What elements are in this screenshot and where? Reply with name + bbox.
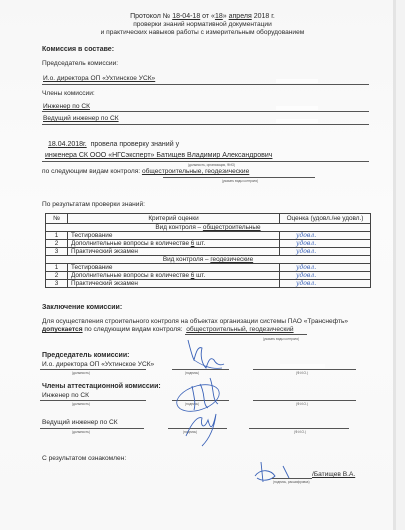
column-header-criterion: Критерий оценки [68,214,280,224]
sig-member-2-name-line [249,428,349,429]
control-types-underline [163,177,315,178]
row-number: 3 [46,280,68,288]
results-intro: По результатам проверки знаний: [42,201,145,209]
table-row: 1 Тестирование удовл. [46,232,371,240]
protocol-subtitle-1: проверки знаний нормативной документации [0,21,405,29]
chair-underline [42,84,369,85]
section-label: Вид контроля – геодезические [46,256,371,264]
check-date: 18.04.2018г. [48,141,87,148]
member-2-position: Ведущий инженер по СК [43,115,119,123]
row-number: 3 [46,248,68,256]
day-close-quote: » [223,13,227,20]
protocol-year: 2018 г. [254,13,275,20]
control-types-label: по следующим видам контроля: [42,168,140,175]
redacted-name [276,106,318,110]
sig-chair-position: И.о. директора ОП «Ухтинское УСК» [42,361,154,369]
examinee: инженера СК ООО «НГСэксперт» Батищев Вла… [45,152,272,160]
table-row: 3 Практический экзамен удовл. [46,248,371,256]
sig-member-2-position-line [40,428,144,429]
member-1-underline [42,111,369,112]
table-row: 2 Дополнительные вопросы в количестве 6 … [46,272,371,280]
redacted-name [276,119,318,123]
position-hint: (должность) [72,402,90,406]
row-criterion: Дополнительные вопросы в количестве 6 шт… [68,240,280,248]
page-edge-shadow [393,0,396,530]
section-row-geodetic: Вид контроля – геодезические [46,256,371,264]
from-label: от « [202,13,215,20]
name-hint: (Ф.И.О.) [294,430,306,434]
row-number: 1 [46,264,68,272]
row-criterion: Дополнительные вопросы в количестве 6 шт… [68,272,280,280]
criterion-prefix: Дополнительные вопросы в количестве [71,272,191,279]
chair-signature-icon [180,338,230,378]
check-text: провела проверку знаний у [91,141,180,148]
protocol-number: 18-04-18 [172,13,200,20]
results-table: № Критерий оценки Оценка (удовл./не удов… [45,213,371,288]
examinee-hint: (должность, организация, ФИО) [188,163,235,167]
conclusion-title: Заключение комиссии: [42,304,122,312]
row-number: 1 [46,232,68,240]
row-grade: удовл. [280,272,371,280]
protocol-day: 18 [215,13,223,20]
acknowledgement-signature-line [272,478,312,479]
chair-label: Председатель комиссии: [42,60,118,68]
row-grade: удовл. [280,240,371,248]
members-label: Члены комиссии: [42,90,95,98]
table-row: 1 Тестирование удовл. [46,264,371,272]
row-grade: удовл. [280,264,371,272]
commission-title: Комиссия в составе: [42,46,114,54]
criterion-prefix: Дополнительные вопросы в количестве [71,240,191,247]
acknowledgement-hint: (подпись, расшифровка) [273,480,310,484]
conclusion-hint: (указать виды контроля) [263,337,299,341]
row-criterion: Практический экзамен [68,280,280,288]
check-statement: 18.04.2018г. провела проверку знаний у [48,141,179,149]
protocol-title: Протокол № 18-04-18 от «18» апреля 2018 … [0,13,405,21]
row-criterion: Практический экзамен [68,248,280,256]
sig-chair-name-line [253,369,356,370]
member-2-signature-icon [182,410,222,450]
acknowledgement-name: /Батищев В.А. [312,471,355,479]
sig-members-label: Члены аттестационной комиссии: [42,383,161,391]
control-types-row: по следующим видам контроля: общестроите… [42,168,249,176]
position-hint: (должность) [72,371,90,375]
member-2-underline [42,124,369,125]
conclusion-control-types: общестроительный, геодезический [186,326,293,333]
section-label-type: геодезические [210,256,253,263]
examinee-underline [42,161,369,162]
conclusion-control-label: по следующим видам контроля: [84,326,182,333]
row-grade: удовл. [280,232,371,240]
row-criterion: Тестирование [68,264,280,272]
member-1-position: Инженер по СК [43,103,90,111]
chair-position: И.о. директора ОП «Ухтинское УСК» [43,75,155,83]
section-label-prefix: Вид контроля – [163,256,210,263]
row-number: 2 [46,272,68,280]
name-hint: (Ф.И.О.) [296,371,308,375]
table-row: 2 Дополнительные вопросы в количестве 6 … [46,240,371,248]
column-header-grade: Оценка (удовл./не удовл.) [280,214,371,224]
redacted-name [276,79,318,83]
sig-chair-label: Председатель комиссии: [42,352,130,360]
row-grade: удовл. [280,280,371,288]
column-header-number: № [46,214,68,224]
protocol-label: Протокол № [130,13,170,20]
table-row: 3 Практический экзамен удовл. [46,280,371,288]
section-label-type: общестроительные [203,224,261,231]
section-label-prefix: Вид контроля – [155,224,202,231]
conclusion-text-2: допускается по следующим видам контроля:… [42,326,294,334]
section-label: Вид контроля – общестроительные [46,224,371,232]
criterion-suffix: шт. [194,240,205,247]
name-hint: (Ф.И.О.) [296,402,308,406]
admitted-word: допускается [42,326,83,333]
protocol-subtitle-2: и практических навыков работы с измерите… [0,29,405,37]
control-types-value: общестроительные, геодезические [142,168,249,175]
acknowledgement-label: С результатом ознакомлен: [42,455,126,463]
section-row-general-construction: Вид контроля – общестроительные [46,224,371,232]
document-page: Протокол № 18-04-18 от «18» апреля 2018 … [0,0,396,530]
sig-chair-position-line [40,369,146,370]
sig-member-1-position-line [40,400,146,401]
criterion-suffix: шт. [194,272,205,279]
sig-member-1-name-line [253,400,356,401]
row-criterion: Тестирование [68,232,280,240]
position-hint: (должность) [72,430,90,434]
row-number: 2 [46,240,68,248]
redacted-name [280,364,325,368]
conclusion-text-1: Для осуществления строительного контроля… [42,318,348,326]
control-types-hint: (указать виды контроля) [222,179,258,183]
protocol-month: апреля [229,13,252,20]
sig-member-2-position: Ведущий инженер по СК [42,419,118,427]
row-grade: удовл. [280,248,371,256]
table-header-row: № Критерий оценки Оценка (удовл./не удов… [46,214,371,224]
conclusion-underline [185,334,307,335]
sig-member-1-position: Инженер по СК [42,392,89,400]
